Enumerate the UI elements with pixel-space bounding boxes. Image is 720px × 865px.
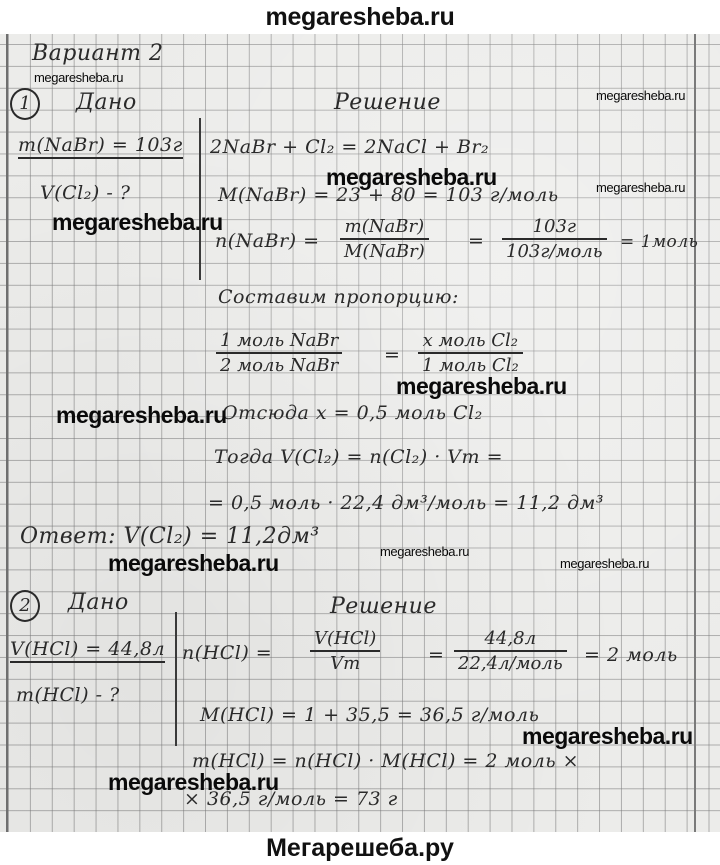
problem-1-moles-result: = 1моль [620,232,698,252]
watermark: megaresheba.ru [326,164,497,191]
site-name[interactable]: megaresheba.ru [266,3,455,31]
problem-2-given-label: Дано [68,590,129,615]
problem-1-proportion-intro: Составим пропорцию: [218,286,459,308]
problem-1-moles-lhs: n(NaBr) = [215,230,320,252]
problem-1-given-divider [199,118,201,280]
problem-1-proportion-left: 1 моль NaBr 2 моль NaBr [216,330,342,376]
watermark: megaresheba.ru [560,556,649,571]
problem-1-solution-label: Решение [334,90,441,115]
site-name-ru[interactable]: Мегарешеба.ру [266,834,454,862]
problem-1-then: Тогда V(Cl₂) = n(Cl₂) · Vm = [214,446,503,468]
problem-2-molar-mass: M(HCl) = 1 + 35,5 = 36,5 г/моль [200,704,539,726]
right-margin-line [694,34,696,832]
problem-1-calc: = 0,5 моль · 22,4 дм³/моль = 11,2 дм³ [208,492,604,514]
watermark: megaresheba.ru [52,209,223,236]
problem-2-number: 2 [10,590,40,622]
watermark: megaresheba.ru [396,373,567,400]
problem-1-hence: Отсюда x = 0,5 моль Cl₂ [222,402,483,424]
problem-2-moles-lhs: n(HCl) = [182,642,272,664]
problem-2-find: m(HCl) - ? [16,684,120,706]
notebook-page: Вариант 2 1 Дано Решение m(NaBr) = 103г … [0,34,720,832]
problem-1-answer: Ответ: V(Cl₂) = 11,2дм³ [20,524,320,549]
watermark: megaresheba.ru [34,70,123,85]
problem-2-moles-fraction-2: 44,8л 22,4л/моль [454,628,567,674]
watermark: megaresheba.ru [56,402,227,429]
site-footer: Мегарешеба.ру [0,832,720,865]
problem-2-moles-eq: = [428,644,444,666]
problem-1-find: V(Cl₂) - ? [40,182,130,204]
problem-2-given-divider [175,612,177,746]
problem-1-proportion-right: x моль Cl₂ 1 моль Cl₂ [418,330,523,376]
problem-2-given: V(HCl) = 44,8л [10,638,165,660]
problem-1-number: 1 [10,88,40,120]
watermark: megaresheba.ru [108,550,279,577]
watermark: megaresheba.ru [522,723,693,750]
watermark: megaresheba.ru [108,769,279,796]
problem-1-given-label: Дано [76,90,137,115]
site-header: megaresheba.ru [0,0,720,34]
watermark: megaresheba.ru [380,544,469,559]
watermark: megaresheba.ru [596,180,685,195]
watermark: megaresheba.ru [596,88,685,103]
problem-1-equation: 2NaBr + Cl₂ = 2NaCl + Br₂ [210,136,489,158]
problem-2-moles-fraction-1: V(HCl) Vm [310,628,380,674]
problem-1-moles-fraction-1: m(NaBr) M(NaBr) [340,216,429,262]
problem-1-moles-eq: = [468,230,484,252]
problem-1-given: m(NaBr) = 103г [18,134,183,156]
left-margin-line [6,34,8,832]
variant-title: Вариант 2 [32,41,164,66]
problem-1-proportion-eq: = [384,344,400,366]
problem-2-solution-label: Решение [330,594,437,619]
problem-1-moles-fraction-2: 103г 103г/моль [502,216,607,262]
problem-2-moles-result: = 2 моль [584,644,678,666]
